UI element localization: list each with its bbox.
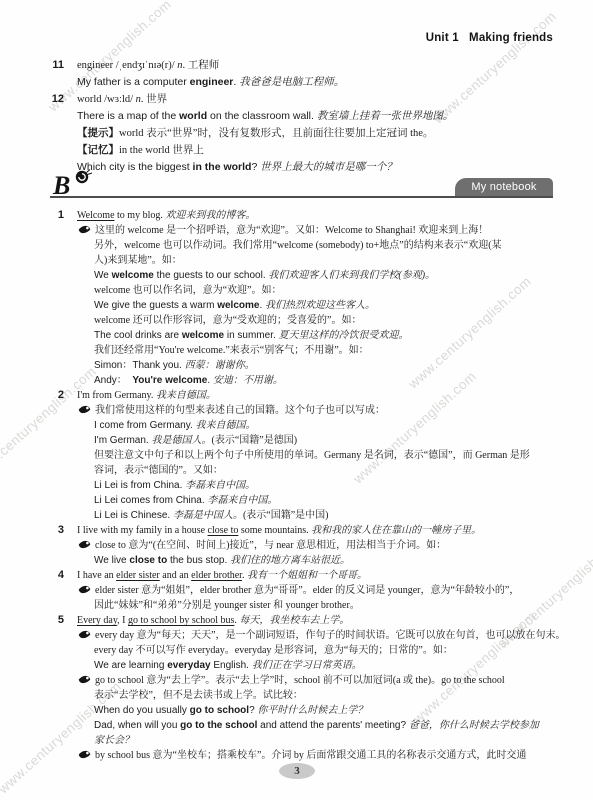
text-line: 表示“去学校”，但不是去读书或上学。试比较： (77, 688, 593, 703)
text-line: Simon：Thank you. 西蒙：谢谢你。 (77, 358, 593, 373)
text-line: 但要注意文中句子和以上两个句子中所使用的单词。Germany 是名词，表示“德国… (77, 448, 593, 463)
text-line: There is a map of the world on the class… (77, 108, 593, 125)
page-number-badge: 3 (279, 763, 315, 779)
text-line: 我们常使用这样的句型来表述自己的国籍。这个句子也可以写成： (77, 403, 593, 418)
text-line: world /wɜːld/ n. 世界 (77, 91, 593, 108)
text-line: I come from Germany. 我来自德国。 (77, 418, 593, 433)
text-line: 容词，表示“德国的”。又如： (77, 463, 593, 478)
text-line: Welcome to my blog. 欢迎来到我的博客。 (77, 208, 593, 223)
text-line: by school bus 意为“坐校车；搭乘校车”。介词 by 后面常跟交通工… (77, 748, 593, 763)
bee-logo-icon: B (52, 168, 94, 198)
text-line: 另外，welcome 也可以作动词。我们常用“welcome (somebody… (77, 238, 593, 253)
item-number: 4 (38, 568, 64, 583)
text-line: I have an elder sister and an elder brot… (77, 568, 593, 583)
text-line: welcome 也可以作名词，意为“欢迎”。如： (77, 283, 593, 298)
text-line: Dad, when will you go to the school and … (77, 718, 593, 733)
eye-bullet-icon (78, 540, 91, 549)
eye-bullet-icon (78, 630, 91, 639)
text-line: engineer /ˌendʒɪˈnɪə(r)/ n. 工程师 (77, 57, 593, 74)
text-line: 这里的 welcome 是一个招呼语，意为“欢迎”。又如：Welcome to … (77, 223, 593, 238)
text-line: 【提示】world 表示“世界”时，没有复数形式，且前面往往要加上定冠词 the… (77, 125, 593, 142)
notebook-item-4: 4I have an elder sister and an elder bro… (0, 568, 593, 613)
text-line: I live with my family in a house close t… (77, 523, 593, 538)
vocab-list: 11engineer /ˌendʒɪˈnɪə(r)/ n. 工程师My fath… (0, 57, 593, 176)
text-line: every day 意为“每天；天天”，是一个副词短语，作句子的时间状语。它既可… (77, 628, 593, 643)
text-line: 我们还经常用“You're welcome.”来表示“别客气；不用谢”。如： (77, 343, 593, 358)
text-line: We live close to the bus stop. 我们住的地方离车站… (77, 553, 593, 568)
eye-bullet-icon (78, 225, 91, 234)
text-line: every day 不可以写作 everyday。everyday 是形容词，意… (77, 643, 593, 658)
notebook-item-2: 2I'm from Germany. 我来自德国。 我们常使用这样的句型来表述自… (0, 388, 593, 523)
item-number: 1 (38, 208, 64, 223)
text-line: Li Lei comes from China. 李磊来自中国。 (77, 493, 593, 508)
text-line: 家长会？ (77, 733, 593, 748)
item-number: 11 (38, 57, 64, 74)
item-number: 2 (38, 388, 64, 403)
text-line: We give the guests a warm welcome. 我们热烈欢… (77, 298, 593, 313)
text-line: go to school 意为“去上学”。表示“去上学”时，school 前不可… (77, 673, 593, 688)
text-line: Every day, I go to school by school bus.… (77, 613, 593, 628)
text-line: Andy： You're welcome. 安迪：不用谢。 (77, 373, 593, 388)
text-line: I'm German. 我是德国人。(表示“国籍”是德国) (77, 433, 593, 448)
notebook-item-5: 5Every day, I go to school by school bus… (0, 613, 593, 763)
eye-bullet-icon (78, 585, 91, 594)
text-line: elder sister 意为“姐姐”，elder brother 意为“哥哥”… (77, 583, 593, 598)
text-line: 【记忆】in the world 世界上 (77, 142, 593, 159)
text-line: My father is a computer engineer. 我爸爸是电脑… (77, 74, 593, 91)
vocab-item-12: 12world /wɜːld/ n. 世界There is a map of t… (0, 91, 593, 176)
notebook-item-1: 1Welcome to my blog. 欢迎来到我的博客。 这里的 welco… (0, 208, 593, 388)
divider-rule (50, 196, 553, 198)
text-line: We welcome the guests to our school. 我们欢… (77, 268, 593, 283)
text-line: Which city is the biggest in the world? … (77, 159, 593, 176)
my-notebook-tab: My notebook (455, 178, 553, 196)
text-line: 因此“妹妹”和“弟弟”分别是 younger sister 和 younger … (77, 598, 593, 613)
text-line: Li Lei is Chinese. 李磊是中国人。(表示“国籍”是中国) (77, 508, 593, 523)
notebook-item-3: 3I live with my family in a house close … (0, 523, 593, 568)
item-number: 12 (38, 91, 64, 108)
text-line: close to 意为“(在空间、时间上)接近”，与 near 意思相近，用法相… (77, 538, 593, 553)
svg-text:B: B (52, 171, 70, 198)
text-line: Li Lei is from China. 李磊来自中国。 (77, 478, 593, 493)
notebook-list: 1Welcome to my blog. 欢迎来到我的博客。 这里的 welco… (0, 208, 593, 763)
vocab-item-11: 11engineer /ˌendʒɪˈnɪə(r)/ n. 工程师My fath… (0, 57, 593, 91)
text-line: welcome 还可以作形容词，意为“受欢迎的；受喜爱的”。如： (77, 313, 593, 328)
textbook-page: www.centuryenglish.com www.centuryenglis… (0, 0, 593, 800)
item-number: 3 (38, 523, 64, 538)
text-line: We are learning everyday English. 我们正在学习… (77, 658, 593, 673)
item-number: 5 (38, 613, 64, 628)
text-line: I'm from Germany. 我来自德国。 (77, 388, 593, 403)
text-line: The cool drinks are welcome in summer. 夏… (77, 328, 593, 343)
eye-bullet-icon (78, 405, 91, 414)
text-line: 人)来到某地”。如： (77, 253, 593, 268)
text-line: When do you usually go to school? 你平时什么时… (77, 703, 593, 718)
eye-bullet-icon (78, 750, 91, 759)
unit-header: Unit 1 Making friends (426, 32, 553, 44)
eye-bullet-icon (78, 675, 91, 684)
